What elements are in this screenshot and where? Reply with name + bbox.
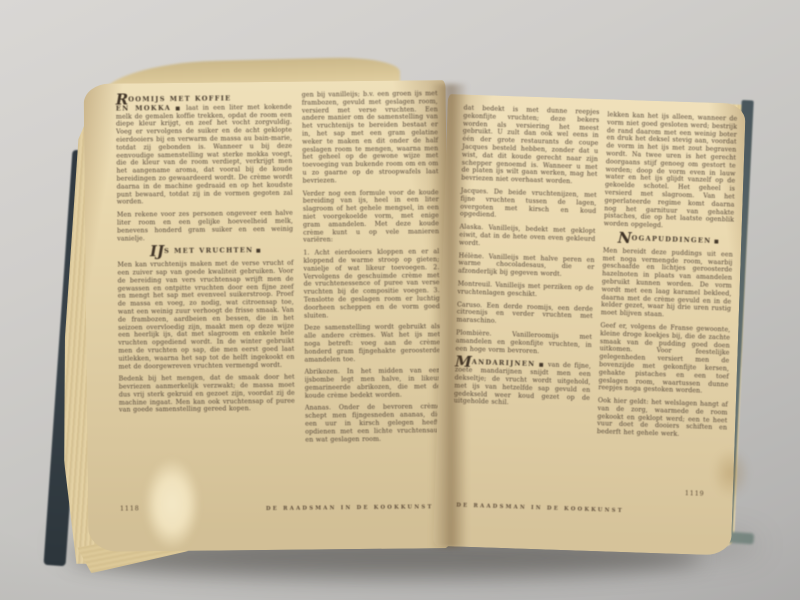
body-text: laat in een liter met kokende melk de ge… bbox=[116, 104, 293, 206]
body-text: Geef er, volgens de Franse gewoonte, kle… bbox=[598, 322, 730, 396]
recipe-section: MANDARIJNEN ■ van de fijne, zoete mandar… bbox=[454, 358, 592, 410]
body-text: Bedenk bij het mengen, dat de smaak door… bbox=[119, 374, 295, 415]
body-text: 1. Acht eierdooiers kloppen en er al klo… bbox=[303, 248, 440, 320]
right-page-column-1: dat bedekt is met dunne reepjes gekonfij… bbox=[450, 105, 599, 513]
page-stain bbox=[712, 448, 750, 498]
decorative-initial: IJ bbox=[150, 242, 164, 260]
body-text: Ananas. Onder de bevroren crème schept m… bbox=[305, 404, 441, 444]
section-bullet: ■ bbox=[175, 106, 182, 112]
decorative-initial: N bbox=[618, 229, 632, 247]
body-text: Ook hier geldt: het welslagen hangt af v… bbox=[597, 397, 728, 440]
body-text: van de fijne, zoete mandarijnen snijdt m… bbox=[454, 362, 591, 407]
section-bullet: ■ bbox=[714, 239, 719, 245]
body-text: Deze samenstelling wordt gebruikt als al… bbox=[304, 324, 440, 364]
section-heading: NOGAPUDDINGEN ■ bbox=[603, 233, 733, 246]
body-text: Men bereidt deze puddings uit een met no… bbox=[601, 247, 733, 321]
section-heading: IJS MET VRUCHTEN ■ bbox=[117, 246, 293, 257]
recipe-entry: Caruso. Een derde roomijs, een derde cit… bbox=[456, 301, 593, 329]
recipe-entry: Hélène. Vanilleijs met halve peren en wa… bbox=[458, 252, 595, 280]
recipe-entry: Plombière. Vanilleroomijs met amandelen … bbox=[455, 329, 592, 357]
left-page-column-2: gen bij vanilleijs; b.v. een groen ijs m… bbox=[302, 90, 443, 529]
photo-of-open-book: ROOMIJS MET KOFFIE EN MOKKA ■ laat in ee… bbox=[0, 0, 800, 600]
body-text: dat bedekt is met dunne reepjes gekonfij… bbox=[461, 105, 600, 187]
right-page-column-2: lekken kan het ijs alleen, wanneer de vo… bbox=[596, 111, 738, 475]
section-bullet: ■ bbox=[539, 362, 545, 368]
page-light-spot bbox=[144, 458, 200, 550]
body-text: Men rekene voor zes personen ongeveer ee… bbox=[117, 210, 293, 243]
section-bullet: ■ bbox=[256, 248, 261, 254]
body-text: Abrikozen. In het midden van een ijsbomb… bbox=[305, 367, 441, 400]
recipe-entry: Montreuil. Vanilleijs met perziken op de… bbox=[457, 280, 593, 300]
left-page: ROOMIJS MET KOFFIE EN MOKKA ■ laat in ee… bbox=[84, 80, 451, 552]
page-number-right: 1119 bbox=[685, 490, 705, 498]
recipe-entry: Jacques. De beide vruchtenijzen, met fij… bbox=[460, 187, 597, 223]
right-page: dat bedekt is met dunne reepjes gekonfij… bbox=[433, 94, 746, 556]
body-text: Verder nog een formule voor de koude ber… bbox=[303, 189, 440, 245]
recipe-entry: Alaska. Vanilleijs, bedekt met geklopt e… bbox=[459, 224, 596, 252]
body-text: lekken kan het ijs alleen, wanneer de vo… bbox=[604, 111, 738, 232]
body-text: gen bij vanilleijs; b.v. een groen ijs m… bbox=[302, 90, 439, 185]
page-number-left: 1118 bbox=[120, 505, 140, 512]
body-text: Men kan vruchtenijs maken met de verse v… bbox=[117, 260, 294, 371]
left-page-column-1: ROOMIJS MET KOFFIE EN MOKKA ■ laat in ee… bbox=[116, 94, 297, 532]
recipe-section: ROOMIJS MET KOFFIE EN MOKKA ■ laat in ee… bbox=[116, 94, 293, 207]
